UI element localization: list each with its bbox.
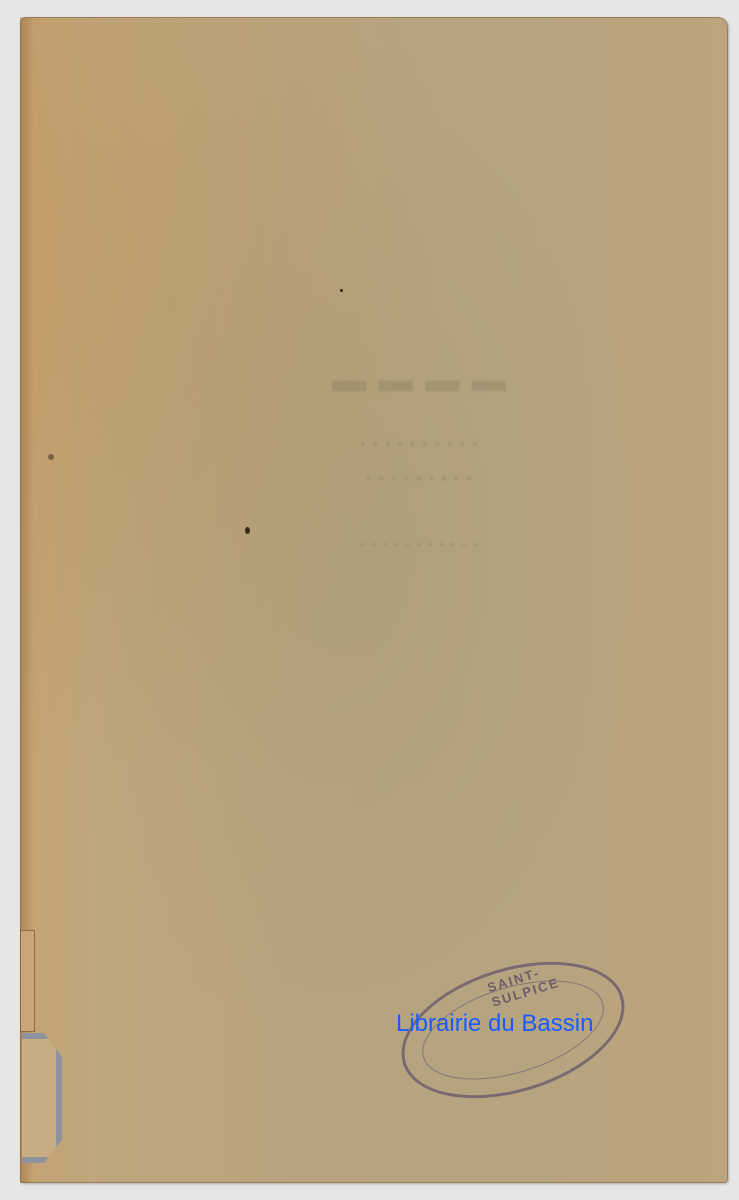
bleed-through-title: ▬ ▬ ▬ ▬ [180, 362, 660, 400]
library-label-tag [22, 1033, 62, 1163]
bleed-through-line: ▪ ▪ ▪ ▪ ▪ ▪ ▪ ▪ ▪ ▪ [180, 437, 660, 453]
bleed-through-line: ▪ ▪ ▪ ▪ ▪ ▪ ▪ ▪ ▪ ▪ ▪ [180, 537, 660, 552]
paper-speck [48, 454, 54, 460]
bleed-through-line: ▪ ▪ ▪ ▪ ▪ ▪ ▪ ▪ ▪ [180, 472, 660, 488]
library-label-strip [20, 930, 35, 1032]
paper-speck [245, 527, 250, 534]
paper-speck [340, 289, 343, 292]
watermark-text: Librairie du Bassin [396, 1010, 593, 1038]
